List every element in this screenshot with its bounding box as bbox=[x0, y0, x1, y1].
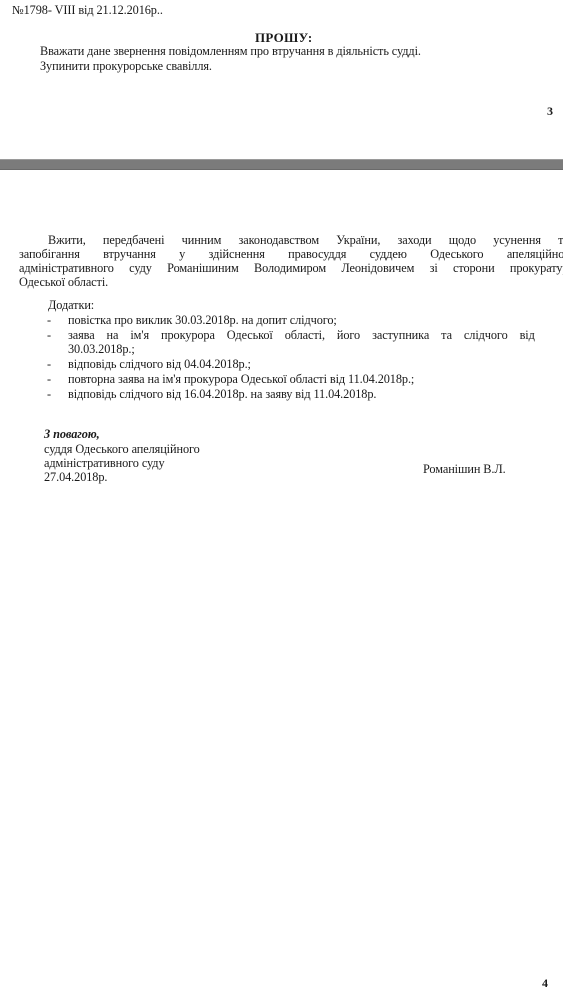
word: Володимиром bbox=[254, 261, 326, 275]
list-bullet: - bbox=[47, 313, 51, 327]
cut-off-text-line bbox=[300, 0, 563, 2]
word: адміністративного bbox=[19, 261, 114, 275]
word: заходи bbox=[398, 233, 432, 247]
attachment-item-continuation: 30.03.2018р.; bbox=[68, 342, 135, 356]
list-bullet: - bbox=[47, 357, 51, 371]
signatory-name: Романішин В.Л. bbox=[423, 462, 506, 476]
law-reference-line: №1798- VIII від 21.12.2016р.. bbox=[12, 3, 163, 17]
list-bullet: - bbox=[47, 328, 51, 342]
attachments-label: Додатки: bbox=[48, 298, 94, 312]
paragraph-line-2: запобігання втручання у здійснення право… bbox=[0, 247, 563, 261]
word: та bbox=[558, 233, 563, 247]
signature-line-2: адміністративного суду bbox=[44, 456, 165, 470]
signature-line-1: суддя Одеського апеляційного bbox=[44, 442, 200, 456]
attachment-item: повторна заява на ім'я прокурора Одесько… bbox=[68, 372, 414, 386]
word: чинним bbox=[182, 233, 222, 247]
list-bullet: - bbox=[47, 372, 51, 386]
page-number-4: 4 bbox=[542, 976, 548, 991]
word: сторони bbox=[453, 261, 495, 275]
word: Вжити, bbox=[48, 233, 86, 247]
word: Одеського bbox=[430, 247, 483, 261]
word: правосуддя bbox=[288, 247, 346, 261]
word: здійснення bbox=[209, 247, 265, 261]
word: України, bbox=[336, 233, 380, 247]
attachment-item: відповідь слідчого від 04.04.2018р.; bbox=[68, 357, 251, 371]
word: суддею bbox=[370, 247, 407, 261]
word: втручання bbox=[103, 247, 156, 261]
paragraph-line-3: адміністративного суду Романішиним Волод… bbox=[0, 261, 563, 275]
request-line-2: Зупинити прокурорське свавілля. bbox=[40, 59, 212, 73]
main-paragraph: Вжити, передбачені чинним законодавством… bbox=[0, 233, 563, 289]
word: передбачені bbox=[103, 233, 165, 247]
word: усунення bbox=[493, 233, 541, 247]
word: щодо bbox=[449, 233, 476, 247]
paragraph-line-1: Вжити, передбачені чинним законодавством… bbox=[0, 233, 563, 247]
paragraph-line-4: Одеської області. bbox=[0, 275, 563, 289]
word: апеляційного bbox=[507, 247, 563, 261]
list-bullet: - bbox=[47, 387, 51, 401]
word: запобігання bbox=[19, 247, 80, 261]
word: Романішиним bbox=[167, 261, 239, 275]
word: прокуратури bbox=[510, 261, 563, 275]
word: законодавством bbox=[239, 233, 320, 247]
signature-date: 27.04.2018р. bbox=[44, 470, 107, 484]
attachment-item: відповідь слідчого від 16.04.2018р. на з… bbox=[68, 387, 376, 401]
word: Леонідовичем bbox=[341, 261, 414, 275]
attachment-item: заява на ім'я прокурора Одеської області… bbox=[68, 328, 535, 342]
page-separator bbox=[0, 159, 563, 170]
attachment-item: повістка про виклик 30.03.2018р. на допи… bbox=[68, 313, 337, 327]
word: у bbox=[179, 247, 185, 261]
closing-salutation: З повагою, bbox=[44, 427, 100, 441]
word: зі bbox=[430, 261, 438, 275]
request-line-1: Вважати дане звернення повідомленням про… bbox=[40, 44, 421, 58]
word: суду bbox=[129, 261, 152, 275]
page-number-3: 3 bbox=[547, 104, 553, 119]
word: Одеської області. bbox=[19, 275, 108, 289]
